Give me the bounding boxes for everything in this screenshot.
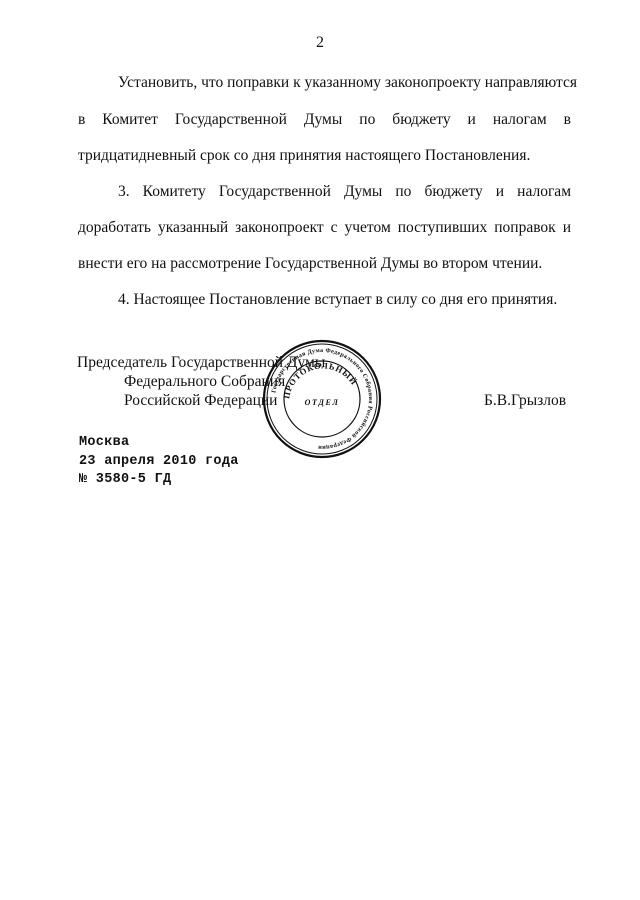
paragraph-3-line-3: внести его на рассмотрение Государственн… [78, 255, 542, 273]
signatory-name: Б.В.Грызлов [484, 392, 566, 410]
signatory-title-line-3: Российской Федерации [124, 392, 277, 410]
svg-text:ОТДЕЛ: ОТДЕЛ [305, 398, 340, 407]
svg-text:ПРОТОКОЛЬНЫЙ: ПРОТОКОЛЬНЫЙ [281, 360, 359, 399]
official-stamp: Государственная Дума Федерального Собран… [262, 339, 382, 459]
paragraph-1-line-2: в Комитет Государственной Думы по бюджет… [78, 111, 571, 129]
paragraph-3-line-2: доработать указанный законопроект с учет… [78, 219, 571, 237]
paragraph-1-line-3: тридцатидневный срок со дня принятия нас… [78, 147, 530, 165]
paragraph-4-line-1: 4. Настоящее Постановление вступает в си… [118, 291, 557, 309]
seal-icon: Государственная Дума Федерального Собран… [262, 339, 382, 459]
paragraph-1-line-1: Установить, что поправки к указанному за… [118, 74, 571, 92]
document-number: № 3580-5 ГД [79, 472, 171, 488]
document-city: Москва [79, 435, 129, 451]
document-date: 23 апреля 2010 года [79, 454, 239, 470]
page-number: 2 [0, 34, 640, 52]
paragraph-3-line-1: 3. Комитету Государственной Думы по бюдж… [118, 183, 571, 201]
